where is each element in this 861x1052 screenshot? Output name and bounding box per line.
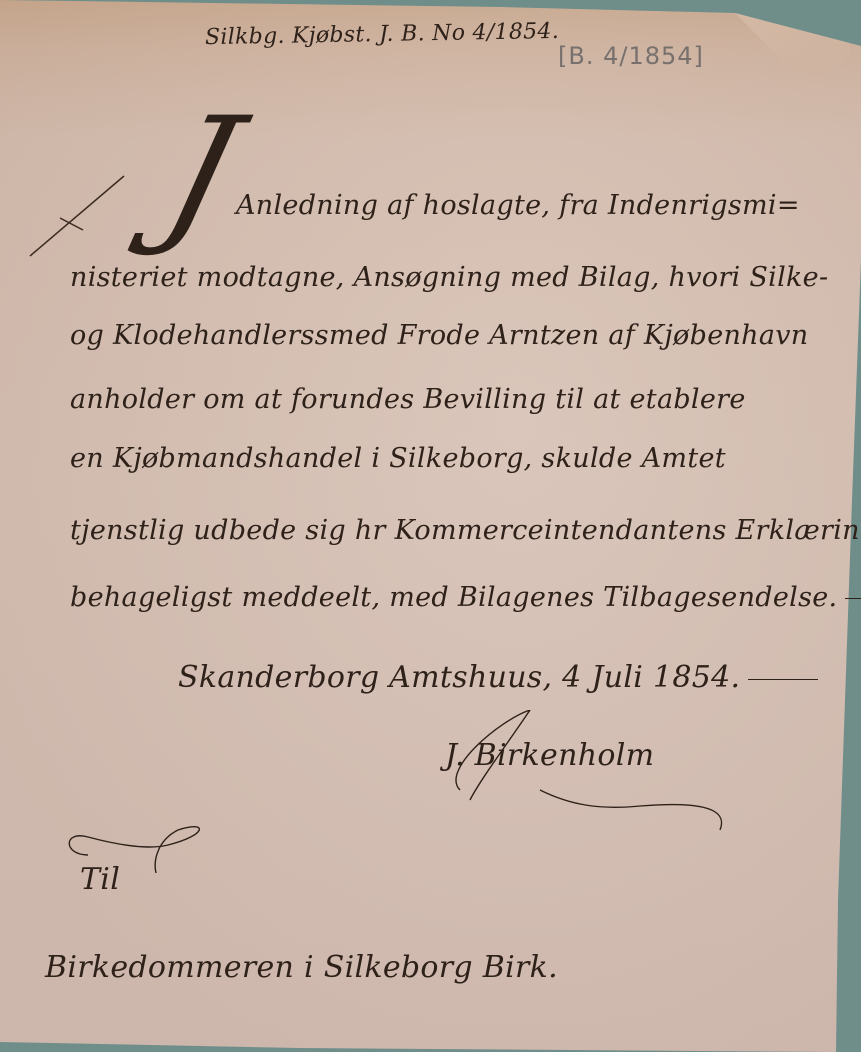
body-line-5: en Kjøbmandshandel i Silkeborg, skulde A… (70, 443, 726, 474)
margin-check-mark-icon (28, 168, 128, 258)
archive-reference: [B. 4/1854] (558, 42, 704, 70)
body-line-2: nisteriet modtagne, Ansøgning med Bilag,… (70, 262, 828, 293)
signature: J. Birkenholm (445, 738, 654, 773)
line-end-dash (748, 679, 818, 680)
addressee: Birkedommeren i Silkeborg Birk. (45, 950, 558, 985)
line-end-dash (845, 598, 861, 599)
place-date-line: Skanderborg Amtshuus, 4 Juli 1854. (178, 660, 818, 695)
signature-flourish-icon (440, 710, 740, 840)
body-line-1: Anledning af hoslagte, fra Indenrigsmi= (236, 190, 800, 221)
place-date-text: Skanderborg Amtshuus, 4 Juli 1854. (178, 660, 740, 695)
body-line-6: tjenstlig udbede sig hr Kommerceintendan… (70, 515, 861, 546)
body-line-3: og Klodehandlerssmed Frode Arntzen af Kj… (70, 320, 809, 351)
body-line-7: behageligst meddeelt, med Bilagenes Tilb… (70, 582, 861, 613)
salutation: Til (80, 862, 120, 897)
body-line-7-text: behageligst meddeelt, med Bilagenes Tilb… (70, 582, 837, 613)
body-line-4: anholder om at forundes Bevilling til at… (70, 384, 746, 415)
